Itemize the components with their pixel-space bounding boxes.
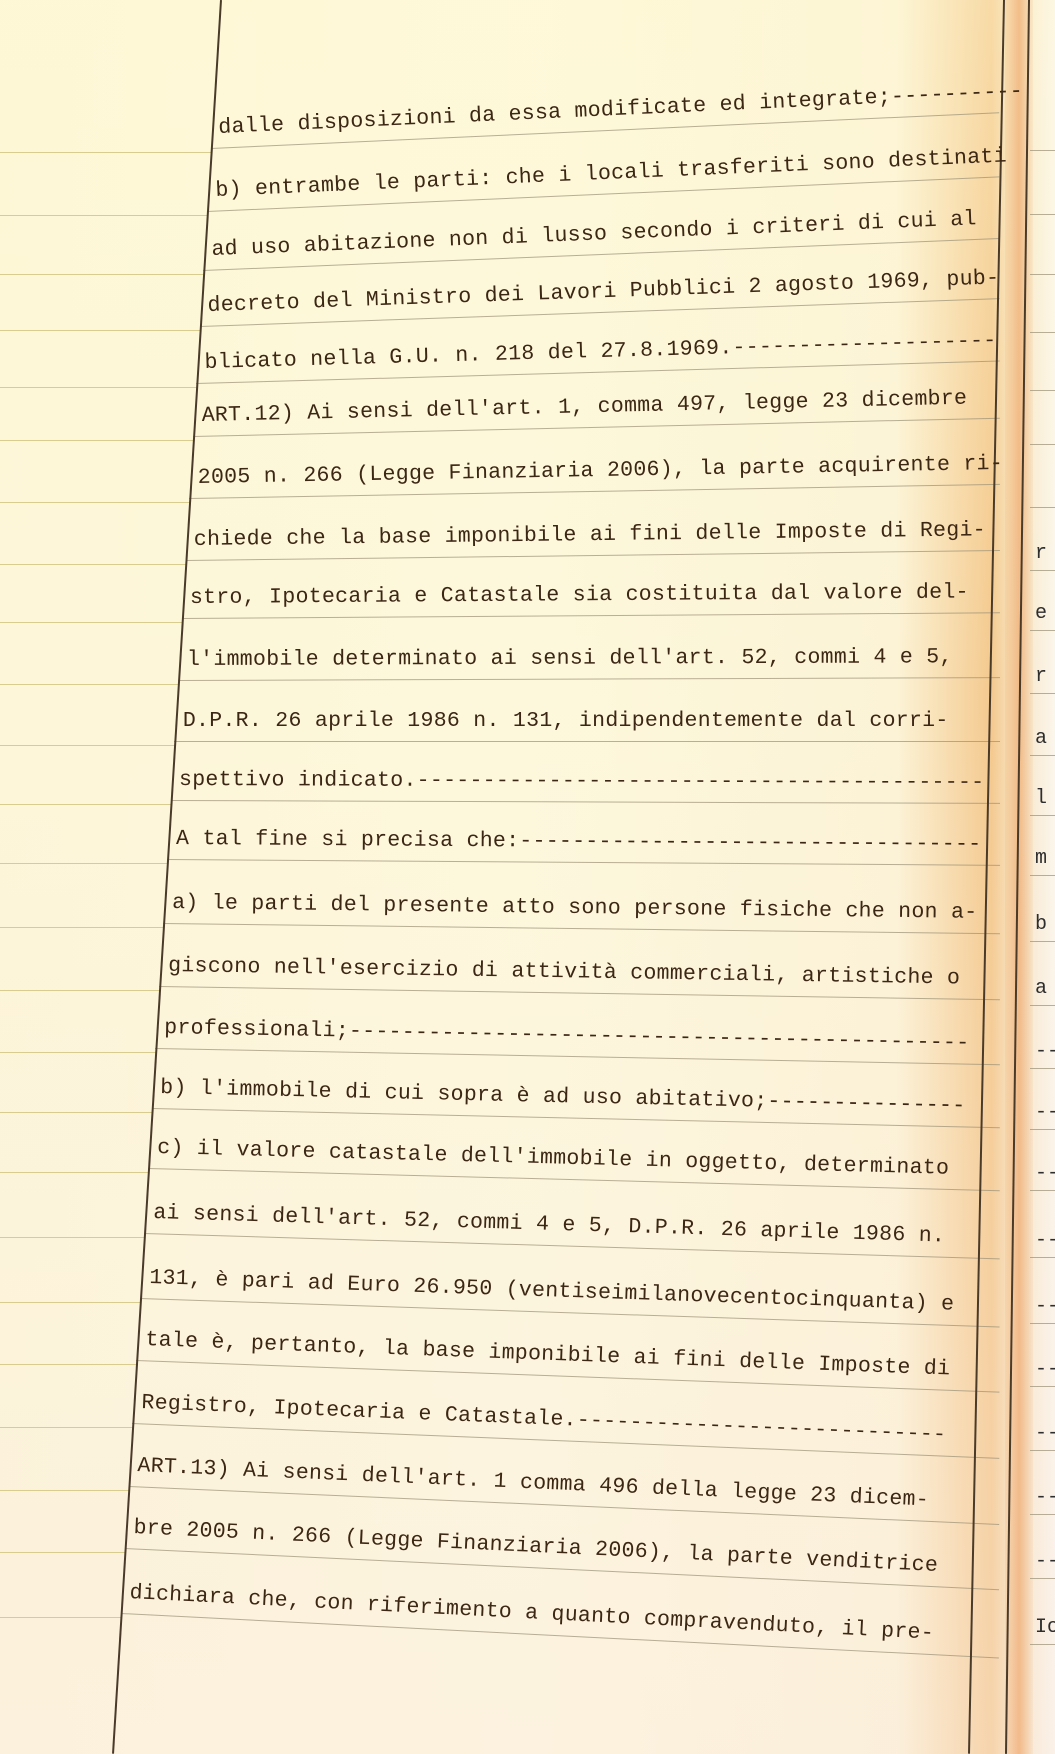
right-border-line [968,0,1005,1754]
left-margin-rule [0,274,204,275]
left-margin-rule [0,330,200,331]
text-line: c) il valore catastale dell'immobile in … [157,1136,949,1181]
text-line: a) le parti del presente atto sono perso… [172,891,978,925]
margin-ruled-line [1030,1129,1055,1130]
margin-fragment: b [1035,913,1047,936]
margin-ruled-line [1030,1257,1055,1258]
left-margin-rule [0,1172,149,1173]
left-margin-rule [0,1112,152,1113]
margin-ruled-line [1030,444,1055,445]
left-margin-rule [0,387,197,388]
left-margin-rule [0,745,175,746]
text-line: A tal fine si precisa che:--------------… [176,827,981,857]
margin-ruled-line [1030,693,1055,694]
text-line: D.P.R. 26 aprile 1986 n. 131, indipenden… [183,709,949,733]
margin-fragment: -- [1035,1422,1055,1445]
margin-fragment: Io [1035,1616,1055,1639]
text-line: tale è, pertanto, la base imponibile ai … [145,1328,951,1381]
left-margin-rule [0,990,160,991]
margin-fragment: -- [1035,1040,1055,1063]
left-margin-rule [0,804,171,805]
margin-ruled-line [1030,1005,1055,1006]
margin-fragment: e [1035,602,1047,625]
left-margin-rule [0,502,190,503]
margin-fragment: -- [1035,1229,1055,1252]
left-margin-rule [0,1052,156,1053]
margin-ruled-line [1030,214,1055,215]
margin-ruled-line [1030,1578,1055,1579]
margin-fragment: r [1035,665,1047,688]
margin-fragment: -- [1035,1550,1055,1573]
left-margin-rule [0,1490,129,1491]
margin-fragment: l [1035,787,1047,810]
ruled-line [186,550,1000,561]
margin-ruled-line [1030,1386,1055,1387]
margin-ruled-line [1030,570,1055,571]
margin-fragment: a [1035,977,1047,1000]
left-margin-rule [0,863,168,864]
margin-fragment: m [1035,847,1047,870]
text-line: bre 2005 n. 266 (Legge Finanziaria 2006)… [133,1516,939,1578]
left-margin-rule [0,1364,137,1365]
margin-fragment: -- [1035,1162,1055,1185]
left-margin-rule [0,1237,145,1238]
margin-ruled-line [1030,941,1055,942]
text-line: dalle disposizioni da essa modificate ed… [218,79,1024,140]
margin-fragment: -- [1035,1101,1055,1124]
margin-fragment: -- [1035,1358,1055,1381]
margin-ruled-line [1030,332,1055,333]
margin-fragment: -- [1035,1295,1055,1318]
margin-ruled-line [1030,1644,1055,1645]
text-line: chiede che la base imponibile ai fini de… [194,518,986,552]
left-margin-rule [0,1302,141,1303]
left-margin-rule [0,564,186,565]
text-line: dichiara che, con riferimento a quanto c… [129,1581,935,1646]
left-margin-rule [0,1617,121,1618]
text-line: giscono nell'esercizio di attività comme… [168,954,960,990]
text-line: 131, è pari ad Euro 26.950 (ventiseimila… [149,1266,955,1317]
margin-ruled-line [1030,815,1055,816]
left-margin-rule [0,622,182,623]
margin-fragment: -- [1035,1486,1055,1509]
margin-ruled-line [1030,1514,1055,1515]
text-line: 2005 n. 266 (Legge Finanziaria 2006), la… [197,452,1003,490]
margin-ruled-line [1030,875,1055,876]
left-margin-rule [0,1427,133,1428]
left-margin-rule [0,1552,125,1553]
ruled-line [163,923,1000,934]
margin-ruled-line [1030,150,1055,151]
left-margin-rule [0,684,179,685]
text-line: l'immobile determinato ai sensi dell'art… [187,645,953,672]
text-line: decreto del Ministro dei Lavori Pubblici… [208,266,1000,318]
left-border-line [112,0,222,1754]
ruled-line [174,741,1000,742]
left-margin-rule [0,152,211,153]
margin-ruled-line [1030,507,1055,508]
margin-fragment: a [1035,727,1047,750]
margin-ruled-line [1030,1190,1055,1191]
margin-ruled-line [1030,390,1055,391]
margin-ruled-line [1030,755,1055,756]
left-margin-rule [0,927,164,928]
margin-ruled-line [1030,1068,1055,1069]
margin-ruled-line [1030,1323,1055,1324]
margin-fragment: r [1035,542,1047,565]
left-margin-rule [0,215,208,216]
ruled-line [178,677,1000,681]
ruled-line [171,800,1000,804]
left-margin-rule [0,440,194,441]
ruled-line [167,859,1000,866]
text-line: stro, Ipotecaria e Catastale sia costitu… [190,581,969,610]
margin-ruled-line [1030,274,1055,275]
margin-ruled-line [1030,1450,1055,1451]
ruled-line [182,612,1000,619]
text-line: spettivo indicato.----------------------… [179,768,984,795]
text-line: ai sensi dell'art. 52, commi 4 e 5, D.P.… [153,1201,946,1248]
margin-ruled-line [1030,630,1055,631]
text-line: blicato nella G.U. n. 218 del 27.8.1969.… [204,329,997,375]
